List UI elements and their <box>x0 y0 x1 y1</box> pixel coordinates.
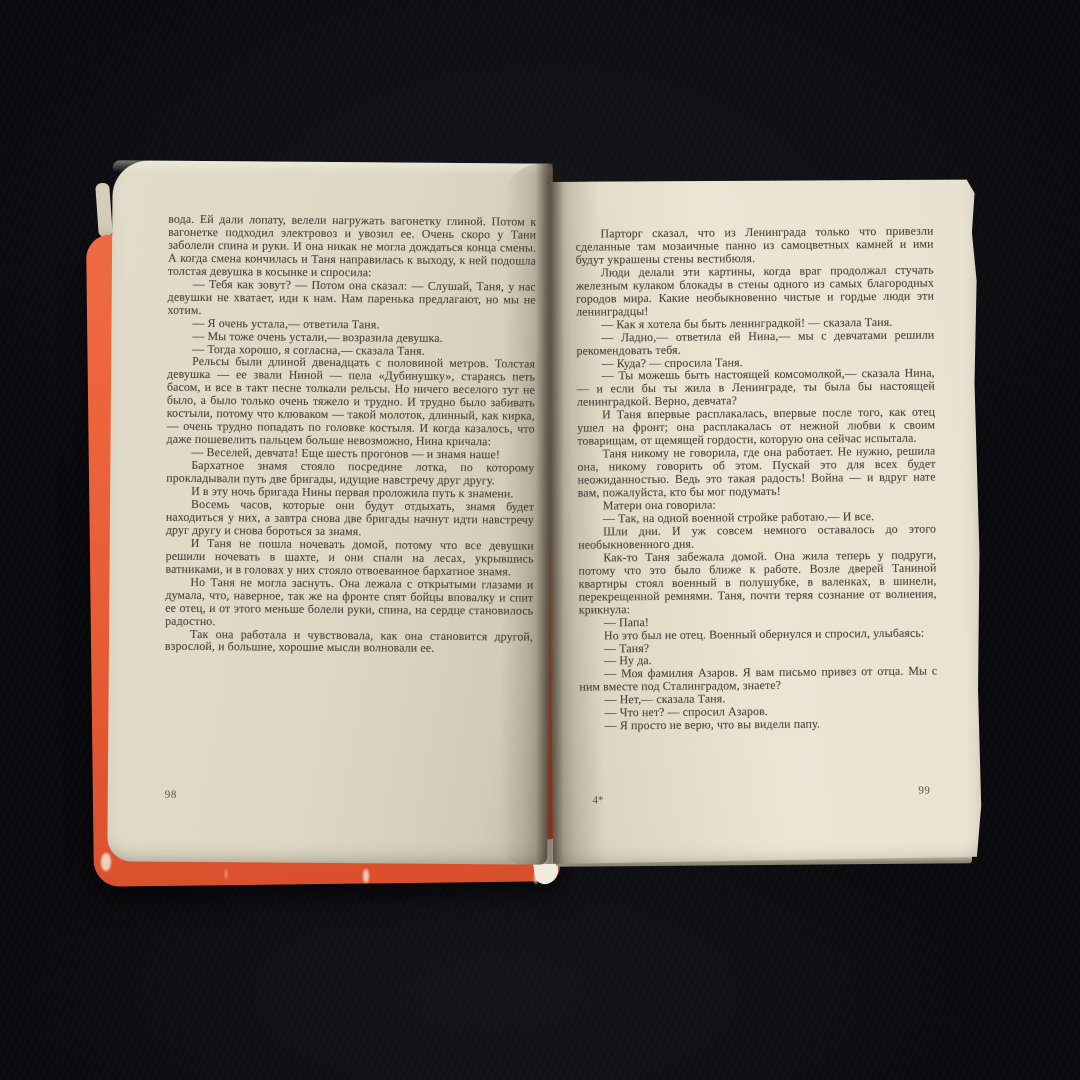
right-page: Парторг сказал, что из Ленинграда только… <box>547 178 983 864</box>
left-page-text: вода. Ей дали лопату, велели нагружать в… <box>165 213 536 656</box>
paragraph: Так она работала и чувствовала, как она … <box>165 627 533 656</box>
paragraph: — Моя фамилия Азаров. Я вам письмо приве… <box>579 665 937 694</box>
signature-mark: 4* <box>592 794 603 806</box>
paragraph: — Я просто не верю, что вы видели папу. <box>580 717 938 733</box>
paragraph: Рельсы были длиной двенадцать с половино… <box>167 355 536 449</box>
paragraph: Но это был не отец. Военный обернулся и … <box>579 626 937 642</box>
left-page: вода. Ей дали лопату, велели нагружать в… <box>107 160 552 864</box>
left-page-number: 98 <box>165 789 177 801</box>
paragraph: — Ты можешь быть настоящей комсомолкой,—… <box>577 367 935 409</box>
paragraph: — Тебя как зовут? — Потом она сказал: — … <box>168 277 536 319</box>
cover-wear-spots <box>101 853 111 871</box>
paragraph: Но Таня не могла заснуть. Она лежала с о… <box>165 575 533 630</box>
paragraph: Как-то Таня забежала домой. Она жила теп… <box>578 548 937 616</box>
book-gutter-shadow <box>536 164 564 864</box>
right-page-number: 99 <box>918 785 930 797</box>
right-page-text: Парторг сказал, что из Ленинграда только… <box>575 225 937 733</box>
photo-background: вода. Ей дали лопату, велели нагружать в… <box>0 0 1080 1080</box>
paragraph: И Таня не пошла ночевать домой, потому ч… <box>166 537 534 579</box>
paragraph: — Ладно,— ответила ей Нина,— мы с девчат… <box>576 328 934 357</box>
paragraph: Таня никому не говорила, где она работае… <box>577 445 935 500</box>
paragraph: Парторг сказал, что из Ленинграда только… <box>575 225 933 267</box>
paragraph: Люди делали эти картины, когда враг прод… <box>576 263 934 318</box>
paragraph: вода. Ей дали лопату, велели нагружать в… <box>168 213 536 281</box>
paragraph: И Таня впервые расплакалась, впервые пос… <box>577 406 935 448</box>
paragraph: Восемь часов, которые они будут отдыхать… <box>166 498 534 540</box>
page-block-edge <box>95 183 113 238</box>
